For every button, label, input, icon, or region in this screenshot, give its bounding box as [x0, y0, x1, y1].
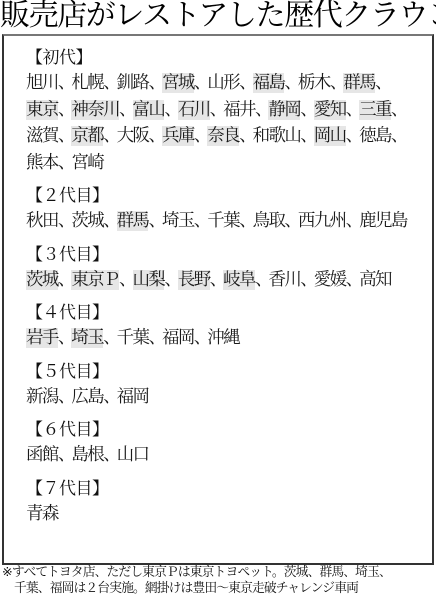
store-name: 秋田	[26, 211, 58, 231]
store-name: 福岡	[117, 387, 149, 407]
generation-section: 【初代】 旭川、札幌、釧路、宮城、山形、福島、栃木、群馬、東京、神奈川、富山、石…	[26, 46, 422, 176]
store-item: 滋賀、	[26, 126, 71, 146]
store-item: 山梨、	[133, 270, 178, 290]
store-name-highlighted: 奈良	[207, 126, 239, 146]
separator: 、	[58, 387, 72, 407]
separator: 、	[255, 100, 269, 120]
separator: 、	[58, 126, 72, 146]
store-name-highlighted: 静岡	[268, 100, 300, 120]
generation-section: 【２代目】 秋田、茨城、群馬、埼玉、千葉、鳥取、西九州、鹿児島	[26, 184, 422, 235]
store-item: 秋田、	[26, 211, 71, 231]
store-item: 群馬、	[343, 73, 388, 93]
store-item: 熊本、	[26, 153, 71, 173]
store-item: 岡山、	[314, 126, 359, 146]
store-name-highlighted: 福島	[253, 73, 285, 93]
store-name-highlighted: 埼玉	[71, 328, 103, 348]
store-item: 茨城、	[26, 270, 71, 290]
generations-list: 【初代】 旭川、札幌、釧路、宮城、山形、福島、栃木、群馬、東京、神奈川、富山、石…	[26, 46, 422, 535]
store-item: 鹿児島	[359, 211, 407, 231]
separator: 、	[346, 270, 360, 290]
store-list: 岩手、埼玉、千葉、福岡、沖縄	[26, 325, 422, 352]
store-item: 愛媛、	[314, 270, 359, 290]
store-item: 富山、	[133, 100, 178, 120]
separator: 、	[164, 270, 178, 290]
separator: 、	[284, 211, 298, 231]
store-name-highlighted: 石川	[178, 100, 210, 120]
store-name-highlighted: 宮城	[162, 73, 194, 93]
store-item: 千葉、	[117, 328, 162, 348]
separator: 、	[346, 126, 360, 146]
separator: 、	[239, 211, 253, 231]
store-name-highlighted: 愛知	[314, 100, 346, 120]
separator: 、	[194, 211, 208, 231]
store-item: 京都、	[71, 126, 116, 146]
footnote: ※すべてトヨタ店、ただし東京Ｐは東京トヨペット。茨城、群馬、埼玉、 千葉、福岡は…	[2, 565, 436, 597]
generation-section: 【７代目】 青森	[26, 477, 422, 528]
store-name: 福岡	[162, 328, 194, 348]
store-name: 栃木	[298, 73, 330, 93]
store-name-highlighted: 岩手	[26, 328, 58, 348]
store-name: 千葉	[117, 328, 149, 348]
store-name-highlighted: 神奈川	[71, 100, 119, 120]
store-name: 新潟	[26, 387, 58, 407]
separator: 、	[58, 153, 72, 173]
separator: 、	[300, 100, 314, 120]
store-name: 宮崎	[71, 153, 103, 173]
store-name: 札幌	[71, 73, 103, 93]
separator: 、	[103, 328, 117, 348]
store-list: 青森	[26, 501, 422, 528]
store-item: 千葉、	[207, 211, 252, 231]
store-name: 埼玉	[162, 211, 194, 231]
separator: 、	[239, 126, 253, 146]
generation-section: 【３代目】 茨城、東京Ｐ、山梨、長野、岐阜、香川、愛媛、高知	[26, 243, 422, 294]
store-name-highlighted: 長野	[178, 270, 210, 290]
separator: 、	[103, 126, 117, 146]
generation-label: 【３代目】	[26, 243, 422, 267]
store-list: 函館、島根、山口	[26, 442, 422, 469]
store-item: 長野、	[178, 270, 223, 290]
separator: 、	[103, 387, 117, 407]
separator: 、	[284, 73, 298, 93]
separator: 、	[255, 270, 269, 290]
separator: 、	[300, 126, 314, 146]
store-name: 西九州	[298, 211, 346, 231]
store-name: 香川	[268, 270, 300, 290]
store-name-highlighted: 兵庫	[162, 126, 194, 146]
separator: 、	[375, 73, 389, 93]
store-name-highlighted: 東京Ｐ	[71, 270, 119, 290]
store-item: 東京Ｐ、	[71, 270, 132, 290]
store-name: 広島	[71, 387, 103, 407]
store-item: 奈良、	[207, 126, 252, 146]
separator: 、	[164, 100, 178, 120]
store-item: 香川、	[268, 270, 313, 290]
separator: 、	[58, 100, 72, 120]
separator: 、	[119, 100, 133, 120]
store-name-highlighted: 岐阜	[223, 270, 255, 290]
store-name-highlighted: 群馬	[343, 73, 375, 93]
store-name: 大阪	[117, 126, 149, 146]
separator: 、	[194, 328, 208, 348]
store-name: 福井	[223, 100, 255, 120]
generation-label: 【５代目】	[26, 360, 422, 384]
store-item: 青森	[26, 504, 58, 524]
store-item: 函館、	[26, 445, 71, 465]
store-name-highlighted: 岡山	[314, 126, 346, 146]
separator: 、	[103, 211, 117, 231]
store-item: 茨城、	[71, 211, 116, 231]
separator: 、	[58, 328, 72, 348]
store-item: 和歌山、	[253, 126, 314, 146]
store-name: 千葉	[207, 211, 239, 231]
generation-label: 【２代目】	[26, 184, 422, 208]
store-name: 和歌山	[253, 126, 301, 146]
store-name: 島根	[71, 445, 103, 465]
separator: 、	[148, 211, 162, 231]
store-item: 旭川、	[26, 73, 71, 93]
store-name-highlighted: 京都	[71, 126, 103, 146]
separator: 、	[239, 73, 253, 93]
store-name: 青森	[26, 504, 58, 524]
separator: 、	[103, 445, 117, 465]
store-item: 福井、	[223, 100, 268, 120]
store-item: 東京、	[26, 100, 71, 120]
store-item: 三重、	[359, 100, 404, 120]
store-name: 函館	[26, 445, 58, 465]
store-name: 愛媛	[314, 270, 346, 290]
store-name: 滋賀	[26, 126, 58, 146]
footnote-line-1: ※すべてトヨタ店、ただし東京Ｐは東京トヨペット。茨城、群馬、埼玉、	[2, 565, 436, 581]
separator: 、	[58, 445, 72, 465]
generation-section: 【６代目】 函館、島根、山口	[26, 418, 422, 469]
separator: 、	[194, 126, 208, 146]
store-item: 新潟、	[26, 387, 71, 407]
separator: 、	[148, 126, 162, 146]
separator: 、	[148, 328, 162, 348]
store-item: 徳島、	[359, 126, 404, 146]
store-item: 埼玉、	[71, 328, 116, 348]
store-name: 熊本	[26, 153, 58, 173]
store-name: 高知	[359, 270, 391, 290]
separator: 、	[58, 211, 72, 231]
store-item: 栃木、	[298, 73, 343, 93]
store-name-highlighted: 三重	[359, 100, 391, 120]
separator: 、	[194, 73, 208, 93]
store-item: 釧路、	[117, 73, 162, 93]
store-item: 福岡、	[162, 328, 207, 348]
store-name: 山口	[117, 445, 149, 465]
store-item: 宮城、	[162, 73, 207, 93]
separator: 、	[119, 270, 133, 290]
store-list: 茨城、東京Ｐ、山梨、長野、岐阜、香川、愛媛、高知	[26, 267, 422, 294]
generation-label: 【初代】	[26, 46, 422, 70]
store-item: 宮崎	[71, 153, 103, 173]
store-name: 鳥取	[253, 211, 285, 231]
store-name: 旭川	[26, 73, 58, 93]
generation-section: 【４代目】 岩手、埼玉、千葉、福岡、沖縄	[26, 301, 422, 352]
store-item: 西九州、	[298, 211, 359, 231]
separator: 、	[103, 73, 117, 93]
store-list: 旭川、札幌、釧路、宮城、山形、福島、栃木、群馬、東京、神奈川、富山、石川、福井、…	[26, 70, 422, 176]
store-item: 鳥取、	[253, 211, 298, 231]
separator: 、	[58, 270, 72, 290]
store-item: 福岡	[117, 387, 149, 407]
store-name-highlighted: 茨城	[26, 270, 58, 290]
generation-label: 【４代目】	[26, 301, 422, 325]
store-name: 山形	[207, 73, 239, 93]
store-item: 島根、	[71, 445, 116, 465]
generation-label: 【７代目】	[26, 477, 422, 501]
store-list: 新潟、広島、福岡	[26, 384, 422, 411]
store-name: 茨城	[71, 211, 103, 231]
separator: 、	[330, 73, 344, 93]
store-item: 福島、	[253, 73, 298, 93]
separator: 、	[148, 73, 162, 93]
store-name-highlighted: 富山	[133, 100, 165, 120]
store-item: 岩手、	[26, 328, 71, 348]
store-name-highlighted: 群馬	[117, 211, 149, 231]
separator: 、	[346, 100, 360, 120]
store-item: 兵庫、	[162, 126, 207, 146]
store-name-highlighted: 山梨	[133, 270, 165, 290]
store-item: 愛知、	[314, 100, 359, 120]
store-item: 神奈川、	[71, 100, 132, 120]
store-item: 群馬、	[117, 211, 162, 231]
store-name: 釧路	[117, 73, 149, 93]
separator: 、	[210, 100, 224, 120]
store-item: 岐阜、	[223, 270, 268, 290]
store-item: 山口	[117, 445, 149, 465]
separator: 、	[300, 270, 314, 290]
store-item: 広島、	[71, 387, 116, 407]
generation-section: 【５代目】 新潟、広島、福岡	[26, 360, 422, 411]
store-item: 石川、	[178, 100, 223, 120]
separator: 、	[391, 126, 405, 146]
store-name: 沖縄	[207, 328, 239, 348]
store-list: 秋田、茨城、群馬、埼玉、千葉、鳥取、西九州、鹿児島	[26, 208, 422, 235]
footnote-line-2: 千葉、福岡は２台実施。網掛けは豊田〜東京走破チャレンジ車両	[2, 581, 436, 597]
separator: 、	[58, 73, 72, 93]
store-name: 鹿児島	[359, 211, 407, 231]
store-item: 埼玉、	[162, 211, 207, 231]
separator: 、	[210, 270, 224, 290]
separator: 、	[391, 100, 405, 120]
store-item: 山形、	[207, 73, 252, 93]
store-item: 大阪、	[117, 126, 162, 146]
store-item: 札幌、	[71, 73, 116, 93]
store-item: 高知	[359, 270, 391, 290]
store-item: 沖縄	[207, 328, 239, 348]
store-name: 徳島	[359, 126, 391, 146]
store-name-highlighted: 東京	[26, 100, 58, 120]
separator: 、	[346, 211, 360, 231]
generations-box: 【初代】 旭川、札幌、釧路、宮城、山形、福島、栃木、群馬、東京、神奈川、富山、石…	[2, 34, 434, 565]
page-title: 販売店がレストアした歴代クラウン	[0, 0, 436, 34]
generation-label: 【６代目】	[26, 418, 422, 442]
store-item: 静岡、	[268, 100, 313, 120]
